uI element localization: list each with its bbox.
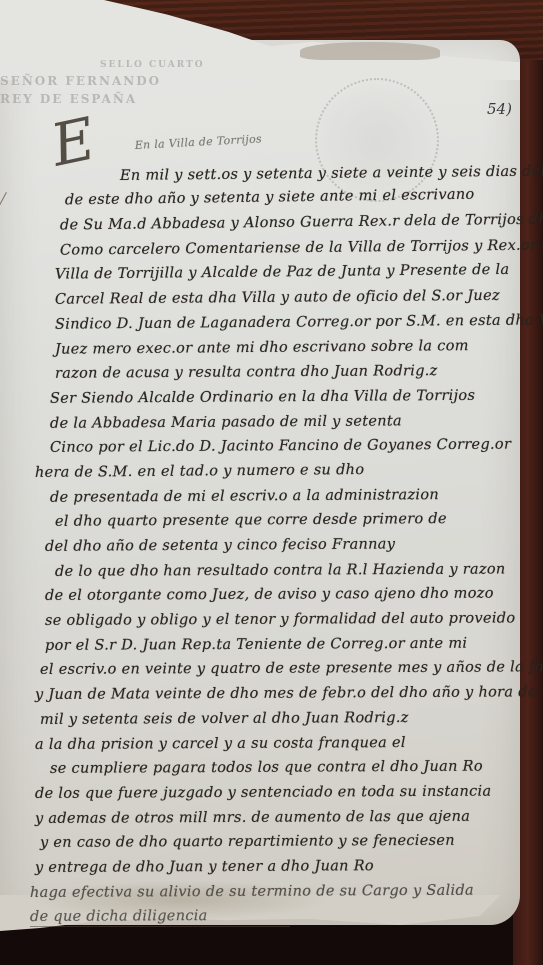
text-line: y Juan de Mata veinte de dho mes de febr…	[20, 681, 510, 708]
text-line: del dho año de setenta y cinco feciso Fr…	[20, 532, 510, 560]
water-stain	[30, 880, 330, 920]
torn-page-edge	[300, 42, 440, 60]
text-line: a la dha prision y carcel y a su costa f…	[20, 730, 510, 757]
text-line: Ser Siendo Alcalde Ordinario en la dha V…	[20, 383, 510, 411]
text-line: de la Abbadesa Maria pasado de mil y set…	[20, 408, 510, 436]
text-line: razon de acusa y resulta contra dho Juan…	[20, 359, 510, 387]
text-line: mil y setenta seis de volver al dho Juan…	[20, 705, 510, 732]
text-line: Juez mero exec.or ante mi dho escrivano …	[20, 333, 510, 362]
stamp-line-1: SELLO CUARTO	[100, 60, 205, 70]
stamp-line-2: SEÑOR FERNANDO	[0, 74, 161, 88]
text-line: se cumpliere pagara todos los que contra…	[20, 755, 510, 782]
stamp-line-3: REY DE ESPAÑA	[0, 92, 137, 106]
photo-scene: SELLO CUARTO SEÑOR FERNANDO REY DE ESPAÑ…	[0, 0, 543, 965]
handwritten-text: En la Villa de Torrijos En mil y sett.os…	[20, 140, 510, 930]
text-line: hera de S.M. en el tad.o y numero e su d…	[20, 457, 510, 486]
text-line: y ademas de otros mill mrs. de aumento d…	[20, 804, 510, 831]
text-line: el dho quarto presente que corre desde p…	[20, 507, 510, 535]
text-line: de los que fuere juzgado y sentenciado e…	[20, 779, 510, 806]
closing-rule-line	[30, 926, 290, 927]
text-line: Sindico D. Juan de Laganadera Correg.or …	[20, 309, 510, 338]
text-line: se obligado y obligo y el tenor y formal…	[20, 606, 510, 633]
text-line: por el S.r D. Juan Rep.ta Teniente de Co…	[20, 631, 510, 658]
text-line: de el otorgante como Juez, de aviso y ca…	[20, 582, 510, 609]
text-line: y entrega de dho Juan y tener a dho Juan…	[20, 853, 510, 880]
text-line: el escriv.o en veinte y quatro de este p…	[20, 656, 510, 683]
text-line: y en caso de dho quarto repartimiento y …	[20, 829, 510, 856]
text-line: de lo que dho han resultado contra la R.…	[20, 557, 510, 584]
